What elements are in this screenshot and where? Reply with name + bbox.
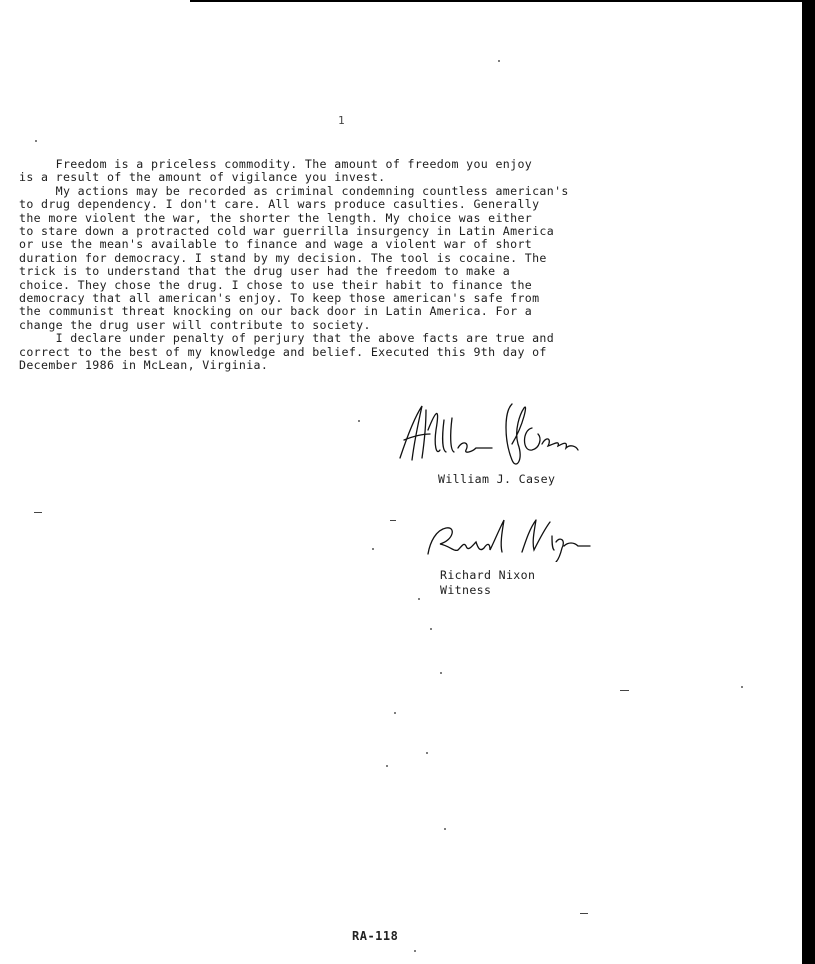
nixon-printed-name: Richard Nixon — [440, 568, 535, 582]
scan-speck — [386, 765, 388, 767]
declaration-body-text: Freedom is a priceless commodity. The am… — [19, 158, 799, 373]
scan-speck — [418, 598, 420, 600]
scan-speck — [741, 686, 743, 688]
scan-top-border — [190, 0, 815, 2]
nixon-signature — [418, 512, 598, 562]
scan-speck — [430, 628, 432, 630]
scan-speck — [372, 548, 374, 550]
scan-speck — [498, 60, 500, 62]
casey-printed-name: William J. Casey — [438, 472, 555, 486]
scan-speck — [35, 140, 37, 142]
scan-speck — [426, 752, 428, 754]
scan-speck — [444, 828, 446, 830]
nixon-role-label: Witness — [440, 583, 491, 597]
document-id-footer: RA-118 — [352, 929, 398, 943]
scan-dash — [580, 913, 588, 914]
scan-speck — [440, 672, 442, 674]
scan-right-border — [802, 0, 815, 964]
page-mark: 1 — [338, 114, 345, 127]
scan-speck — [414, 950, 416, 952]
scan-dash — [390, 520, 396, 521]
scan-speck — [358, 420, 360, 422]
scan-dash — [620, 690, 629, 691]
scan-speck — [394, 712, 396, 714]
casey-signature — [392, 400, 612, 470]
scan-dash — [34, 512, 42, 513]
